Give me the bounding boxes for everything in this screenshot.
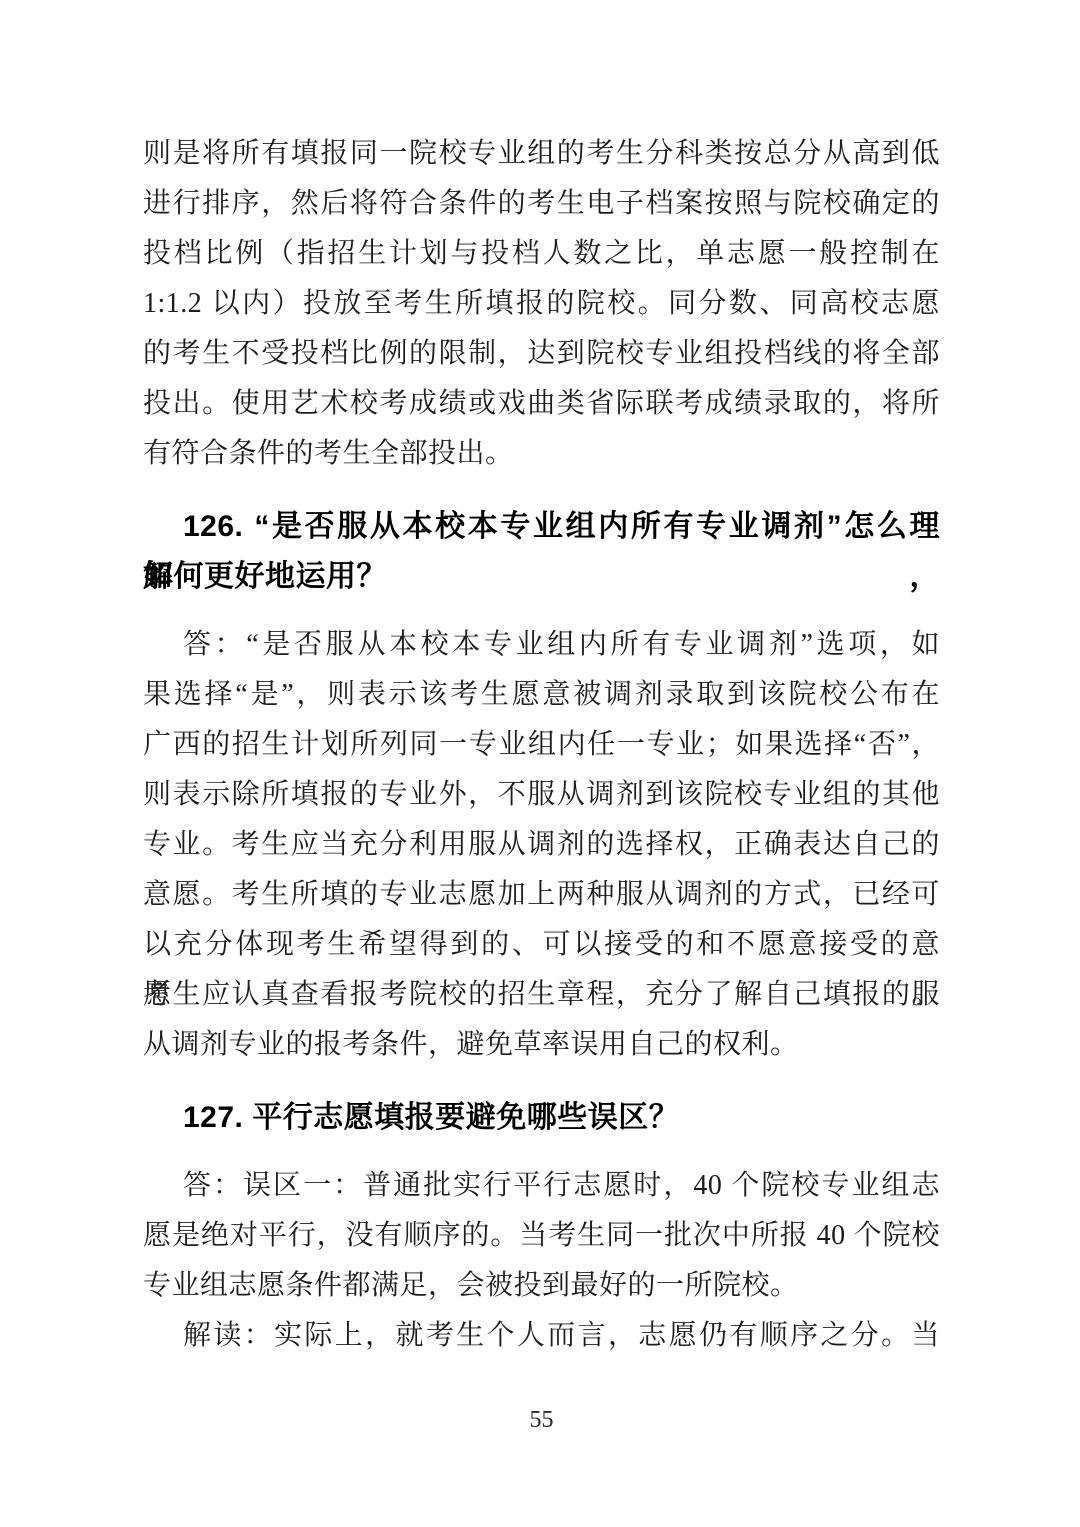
body-line: 答：误区一：普通批实行平行志愿时，40 个院校专业组志	[143, 1161, 940, 1211]
document-page: 则是将所有填报同一院校专业组的考生分科类按总分从高到低 进行排序，然后将符合条件…	[0, 0, 1080, 1527]
body-line: 意愿。考生所填的专业志愿加上两种服从调剂的方式，已经可	[143, 870, 940, 920]
question-heading-127: 127. 平行志愿填报要避免哪些误区？	[143, 1093, 940, 1143]
answer-paragraph-127: 答：误区一：普通批实行平行志愿时，40 个院校专业组志 愿是绝对平行，没有顺序的…	[143, 1161, 940, 1311]
body-line: 考生应认真查看报考院校的招生章程，充分了解自己填报的服	[143, 970, 940, 1020]
heading-line: 127. 平行志愿填报要避免哪些误区？	[143, 1093, 940, 1143]
body-line: 投档比例（指招生计划与投档人数之比，单志愿一般控制在	[143, 229, 940, 279]
body-line: 专业组志愿条件都满足，会被投到最好的一所院校。	[143, 1261, 940, 1311]
answer-paragraph-126: 答：“是否服从本校本专业组内所有专业调剂”选项，如 果选择“是”，则表示该考生愿…	[143, 620, 940, 1070]
body-line: 广西的招生计划所列同一专业组内任一专业；如果选择“否”，	[143, 720, 940, 770]
body-line: 投出。使用艺术校考成绩或戏曲类省际联考成绩录取的，将所	[143, 379, 940, 429]
page-number: 55	[143, 1405, 940, 1435]
body-line: 解读：实际上，就考生个人而言，志愿仍有顺序之分。当	[143, 1311, 940, 1361]
body-line: 1:1.2 以内）投放至考生所填报的院校。同分数、同高校志愿	[143, 279, 940, 329]
body-line: 从调剂专业的报考条件，避免草率误用自己的权利。	[143, 1020, 940, 1070]
body-line: 以充分体现考生希望得到的、可以接受的和不愿意接受的意愿。	[143, 920, 940, 970]
body-line: 答：“是否服从本校本专业组内所有专业调剂”选项，如	[143, 620, 940, 670]
body-line: 的考生不受投档比例的限制，达到院校专业组投档线的将全部	[143, 329, 940, 379]
body-line: 则表示除所填报的专业外，不服从调剂到该院校专业组的其他	[143, 770, 940, 820]
body-line: 有符合条件的考生全部投出。	[143, 429, 940, 479]
body-line: 进行排序，然后将符合条件的考生电子档案按照与院校确定的	[143, 179, 940, 229]
body-line: 则是将所有填报同一院校专业组的考生分科类按总分从高到低	[143, 129, 940, 179]
interpretation-paragraph: 解读：实际上，就考生个人而言，志愿仍有顺序之分。当	[143, 1311, 940, 1361]
paragraph-continued: 则是将所有填报同一院校专业组的考生分科类按总分从高到低 进行排序，然后将符合条件…	[143, 129, 940, 479]
question-heading-126: 126. “是否服从本校本专业组内所有专业调剂”怎么理解， 如何更好地运用？	[143, 502, 940, 602]
body-line: 专业。考生应当充分利用服从调剂的选择权，正确表达自己的	[143, 820, 940, 870]
heading-line: 126. “是否服从本校本专业组内所有专业调剂”怎么理解，	[143, 502, 940, 552]
body-line: 果选择“是”，则表示该考生愿意被调剂录取到该院校公布在	[143, 670, 940, 720]
body-line: 愿是绝对平行，没有顺序的。当考生同一批次中所报 40 个院校	[143, 1211, 940, 1261]
